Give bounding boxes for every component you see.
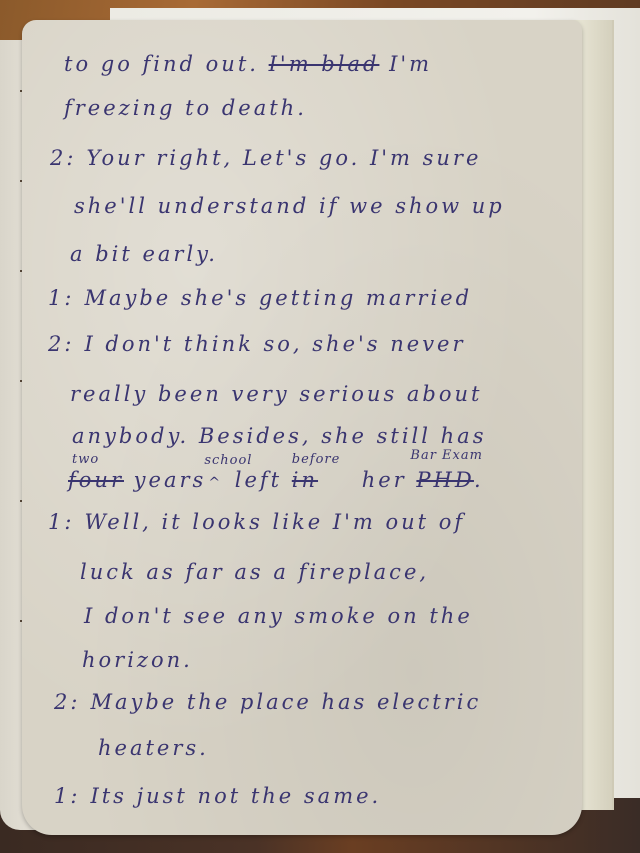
dialogue-line: 2:Your right, Let's go. I'm sure bbox=[50, 146, 481, 170]
dialogue-line: 2:I don't think so, she's never bbox=[48, 332, 466, 356]
inserted-text: Bar Exam bbox=[410, 448, 483, 463]
dialogue-line: 1:Maybe she's getting married bbox=[48, 286, 472, 310]
line-text: a bit early. bbox=[70, 242, 218, 266]
inserted-text: school bbox=[204, 453, 252, 468]
word-with-insertion: beforein bbox=[292, 468, 318, 492]
struck-text: PHD bbox=[416, 468, 474, 492]
line-text: Well, it looks like I'm out of bbox=[84, 510, 465, 534]
struck-text: in bbox=[292, 468, 318, 492]
speaker-number: 1: bbox=[48, 510, 74, 534]
insertion-caret: ^school bbox=[208, 475, 223, 491]
line-text: Your right, Let's go. I'm sure bbox=[86, 146, 481, 170]
speaker-number: 1: bbox=[54, 784, 80, 808]
line-text: her bbox=[362, 468, 407, 492]
text-line: a bit early. bbox=[70, 242, 218, 266]
line-text: years bbox=[134, 468, 207, 492]
inserted-text: two bbox=[72, 452, 99, 467]
line-text: freezing to death. bbox=[64, 96, 307, 120]
line-text: Maybe she's getting married bbox=[84, 286, 472, 310]
speaker-number: 1: bbox=[48, 286, 74, 310]
word-with-insertion: Bar ExamPHD bbox=[416, 468, 474, 492]
line-text: heaters. bbox=[98, 736, 209, 760]
line-text: anybody. Besides, she still has bbox=[72, 424, 486, 448]
edited-line: twofour years^school left beforein her B… bbox=[68, 468, 484, 492]
speaker-number: 2: bbox=[54, 690, 80, 714]
notebook-page: to go find out. I'm blad I'm freezing to… bbox=[22, 20, 582, 835]
speaker-number: 2: bbox=[48, 332, 74, 356]
line-text: horizon. bbox=[82, 648, 193, 672]
struck-text: four bbox=[68, 468, 124, 492]
line-text: to go find out. bbox=[64, 52, 259, 76]
text-line: to go find out. I'm blad I'm bbox=[64, 52, 432, 76]
text-line: horizon. bbox=[82, 648, 193, 672]
line-text: I'm bbox=[389, 52, 432, 76]
text-line: really been very serious about bbox=[70, 382, 482, 406]
line-text: really been very serious about bbox=[70, 382, 482, 406]
text-line: she'll understand if we show up bbox=[74, 194, 505, 218]
line-text: Its just not the same. bbox=[90, 784, 381, 808]
inserted-text: before bbox=[292, 452, 341, 467]
line-text: Maybe the place has electric bbox=[90, 690, 481, 714]
line-text: she'll understand if we show up bbox=[74, 194, 505, 218]
dialogue-line: 2:Maybe the place has electric bbox=[54, 690, 481, 714]
text-line: freezing to death. bbox=[64, 96, 307, 120]
line-text: I don't see any smoke on the bbox=[84, 604, 473, 628]
line-text: left bbox=[235, 468, 282, 492]
text-line: luck as far as a fireplace, bbox=[80, 560, 429, 584]
line-text: luck as far as a fireplace, bbox=[80, 560, 429, 584]
line-text: I don't think so, she's never bbox=[84, 332, 465, 356]
text-line: anybody. Besides, she still has bbox=[72, 424, 486, 448]
line-text: . bbox=[474, 468, 484, 492]
dialogue-line: 1:Well, it looks like I'm out of bbox=[48, 510, 465, 534]
word-with-insertion: twofour bbox=[68, 468, 124, 492]
text-line: I don't see any smoke on the bbox=[84, 604, 473, 628]
speaker-number: 2: bbox=[50, 146, 76, 170]
struck-text: I'm blad bbox=[269, 52, 380, 76]
text-line: heaters. bbox=[98, 736, 209, 760]
dialogue-line: 1:Its just not the same. bbox=[54, 784, 381, 808]
